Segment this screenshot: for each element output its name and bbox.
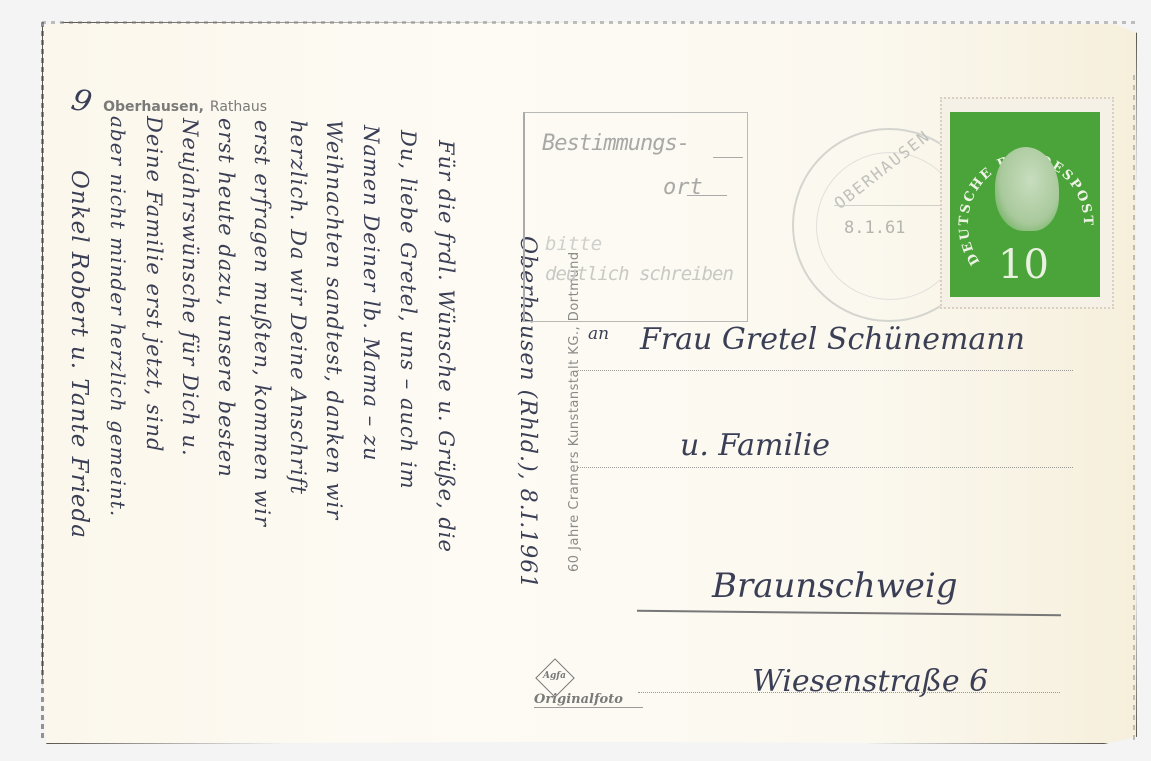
stamp-design: DEUTSCHE BUNDESPOST 10 (950, 112, 1100, 297)
message-line: Namen Deiner lb. Mama – zu (359, 125, 383, 462)
postage-stamp: DEUTSCHE BUNDESPOST 10 (940, 97, 1114, 309)
handwritten-card-number: 9 (68, 82, 96, 121)
postmark-date: 8.1.61 (844, 218, 905, 238)
recipient-street: Wiesenstraße 6 (752, 664, 988, 699)
slogan-line-2: ort (663, 175, 703, 200)
card-caption: 9 Oberhausen, Rathaus (72, 84, 267, 119)
recipient-city: Braunschweig (712, 566, 958, 606)
deckle-edge-right (1133, 75, 1135, 742)
agfa-logo-text: Agfa (543, 671, 566, 681)
message-line: Deine Familie erst jetzt, sind (142, 116, 166, 453)
message-line: Neujahrswünsche für Dich u. (178, 118, 202, 457)
address-line-1 (578, 370, 1073, 371)
message-line: Weihnachten sandtest, danken wir (322, 120, 346, 520)
originalfoto-label: Originalfoto (534, 692, 643, 708)
address-line-2 (578, 467, 1073, 468)
message-line: Für die frdl. Wünsche u. Grüße, die (434, 140, 458, 553)
address-prefix: an (588, 324, 609, 344)
portrait-icon (995, 147, 1059, 231)
recipient-line-2: u. Familie (680, 428, 830, 463)
slogan-line-3: bitte (545, 233, 602, 255)
postmark-bar (834, 205, 944, 206)
stamp-value: 10 (998, 242, 1049, 288)
message-line: erst heute dazu, unsere besten (214, 118, 238, 478)
deckle-edge-top (42, 21, 1135, 24)
slogan-rule (687, 195, 727, 196)
slogan-line-4: deutlich schreiben (545, 263, 733, 285)
message-signature: Onkel Robert u. Tante Frieda (66, 170, 92, 539)
message-line: herzlich. Da wir Deine Anschrift (286, 120, 310, 495)
caption-subject: Rathaus (210, 99, 267, 115)
message-line: erst erfragen mußten, kommen wir (250, 120, 274, 527)
message-line: aber nicht minder herzlich gemeint. (106, 116, 130, 517)
caption-place: Oberhausen, (103, 99, 204, 115)
recipient-name: Frau Gretel Schünemann (640, 322, 1025, 357)
slogan-line-1: Bestimmungs- (542, 131, 689, 156)
slogan-rule (713, 157, 743, 158)
address-line-4 (638, 692, 1060, 693)
deckle-edge-left (41, 22, 44, 742)
message-line: Du, liebe Gretel, uns – auch im (396, 130, 420, 490)
slogan-cancellation: Bestimmungs- ort bitte deutlich schreibe… (523, 112, 748, 322)
